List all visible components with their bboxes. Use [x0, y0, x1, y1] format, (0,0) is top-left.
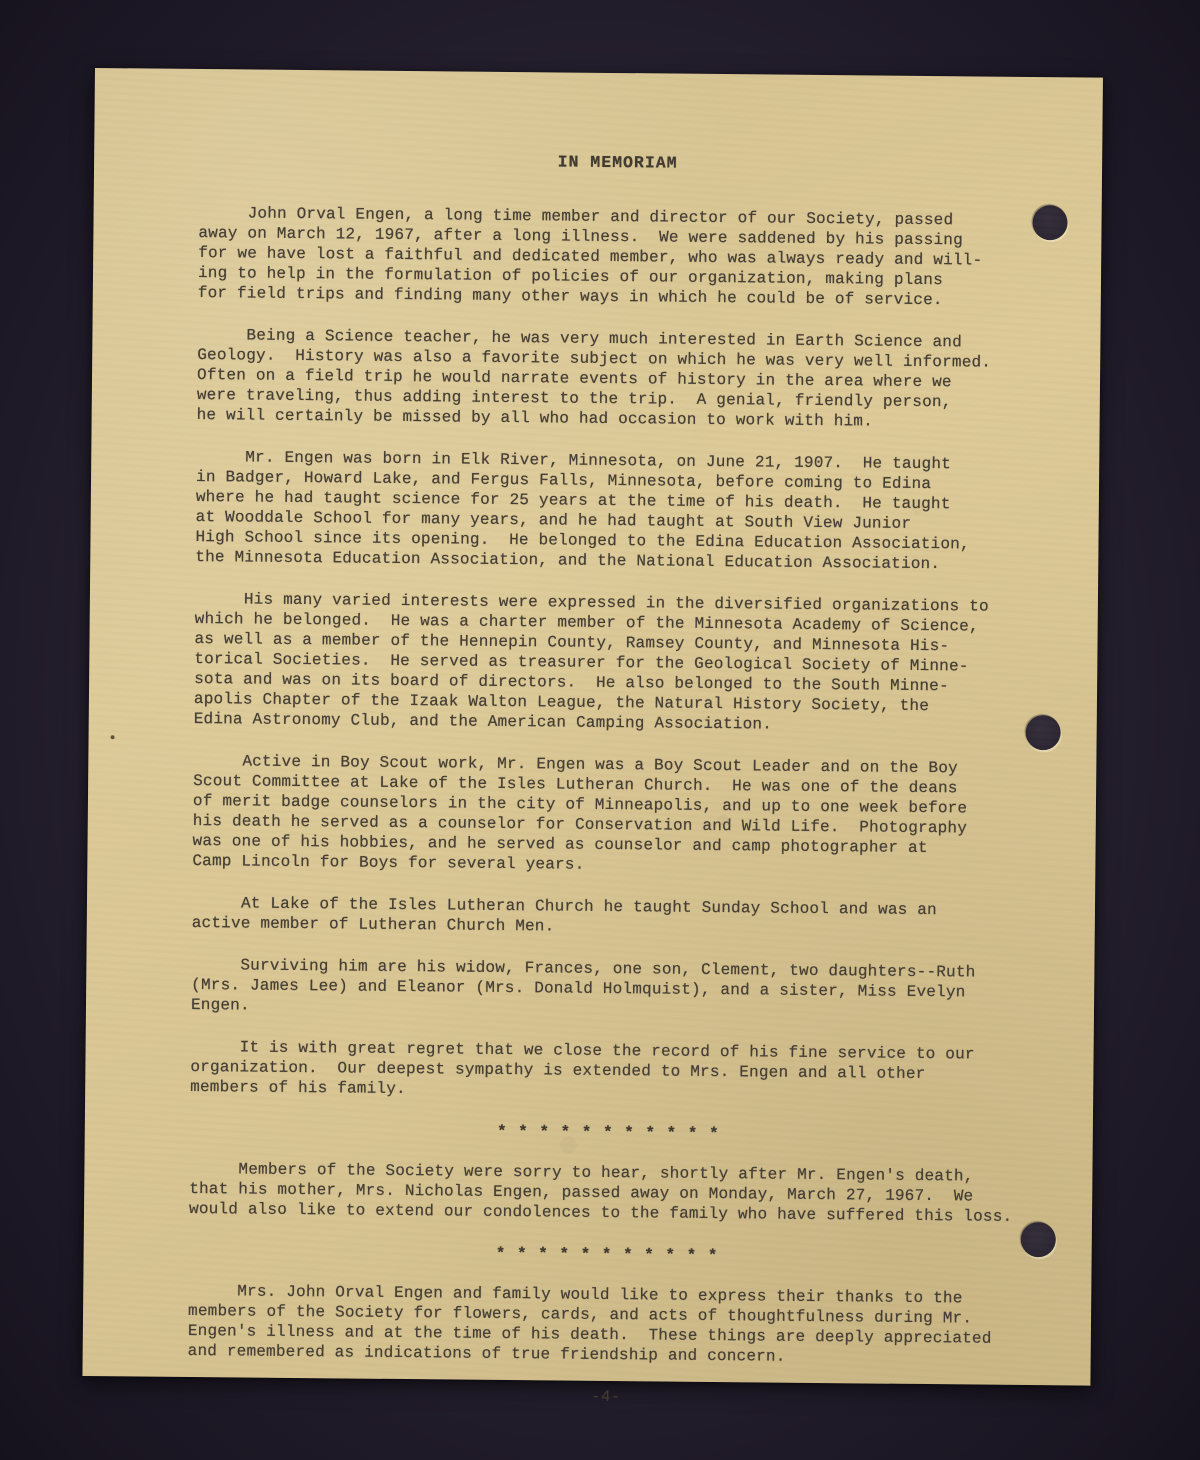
paragraph-boy-scouts: Active in Boy Scout work, Mr. Engen was …	[192, 751, 1030, 879]
page-number: -4-	[187, 1383, 1024, 1411]
paragraph-science-teacher: Being a Science teacher, he was very muc…	[197, 325, 1035, 433]
paragraph-church: At Lake of the Isles Lutheran Church he …	[192, 893, 1029, 941]
paragraph-biography: Mr. Engen was born in Elk River, Minneso…	[195, 447, 1033, 575]
paragraph-family-thanks: Mrs. John Orval Engen and family would l…	[188, 1281, 1026, 1369]
paragraph-obituary-intro: John Orval Engen, a long time member and…	[198, 203, 1036, 311]
paragraph-mother-passing: Members of the Society were sorry to hea…	[189, 1159, 1027, 1227]
page-content: IN MEMORIAM John Orval Engen, a long tim…	[82, 68, 1103, 1386]
asterisk-separator-2: * * * * * * * * * * *	[189, 1241, 1026, 1269]
paragraph-survivors: Surviving him are his widow, Frances, on…	[191, 955, 1029, 1023]
scanned-page-stage: IN MEMORIAM John Orval Engen, a long tim…	[0, 0, 1200, 1460]
page-title: IN MEMORIAM	[199, 149, 1036, 177]
asterisk-separator-1: * * * * * * * * * * *	[190, 1119, 1027, 1147]
paragraph-organizations: His many varied interests were expressed…	[194, 589, 1032, 737]
paragraph-closing-regret: It is with great regret that we close th…	[190, 1037, 1028, 1105]
memoriam-page: IN MEMORIAM John Orval Engen, a long tim…	[82, 68, 1103, 1386]
